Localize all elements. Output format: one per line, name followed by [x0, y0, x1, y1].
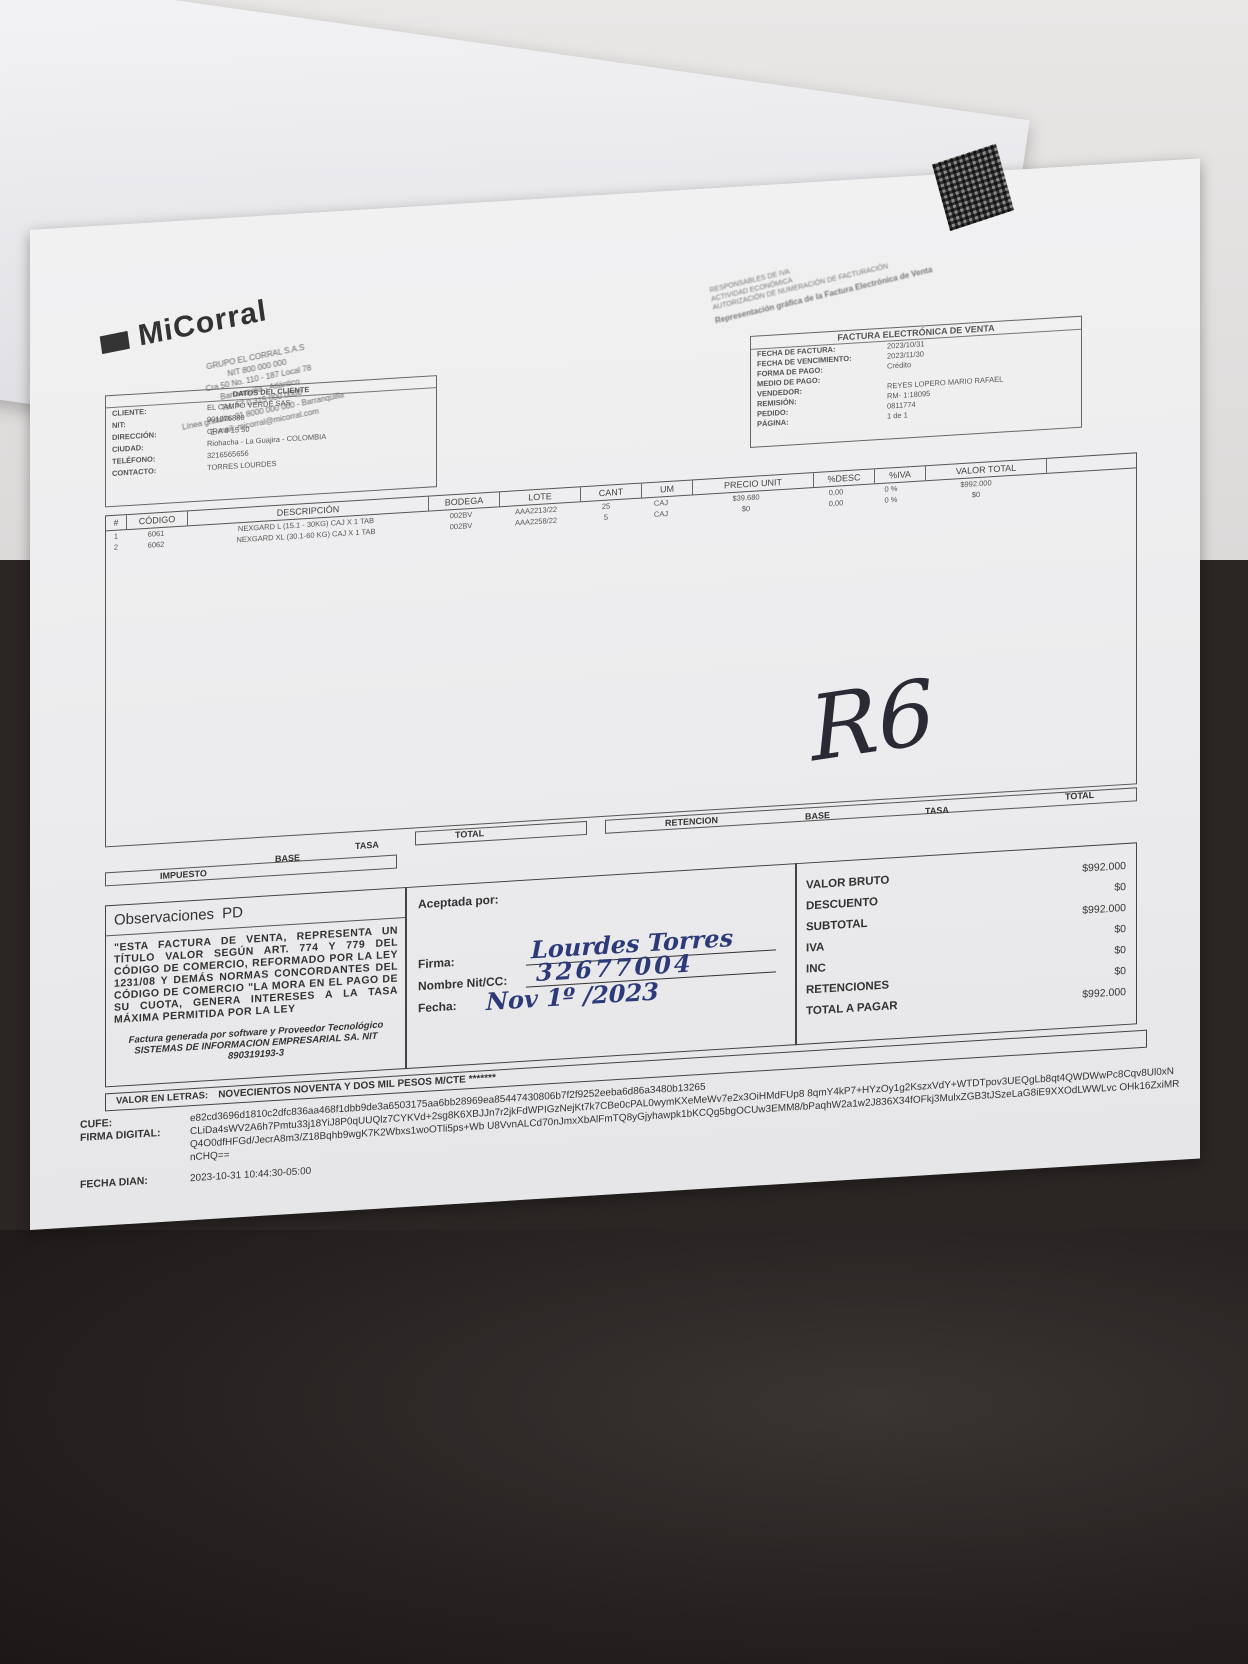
items-table: #CÓDIGODESCRIPCIÓNBODEGALOTECANTUMPRECIO… [105, 452, 1137, 847]
table-cell: 0,00 [806, 496, 866, 511]
total-value: $0 [1114, 919, 1126, 941]
accepted-by-label: Aceptada por: [418, 892, 499, 911]
table-cell: 2 [106, 541, 126, 553]
signature-label: Firma: [418, 955, 455, 971]
invoice-field-value: 1 de 1 [887, 410, 908, 421]
tax-total-label: TOTAL [455, 828, 484, 840]
dian-date-label: FECHA DIAN: [80, 1172, 190, 1192]
retention-base-label: BASE [805, 810, 830, 822]
total-label: INC [806, 958, 826, 980]
total-label: SUBTOTAL [806, 914, 868, 939]
totals-box: VALOR BRUTO$992.000DESCUENTO$0SUBTOTAL$9… [795, 842, 1137, 1045]
total-value: $0 [1114, 940, 1126, 962]
observations-heading: Observaciones [114, 906, 214, 929]
retention-tasa-label: TASA [925, 805, 949, 816]
company-logo: MiCorral [98, 294, 269, 361]
acceptance-box: Aceptada por: Firma: Lourdes Torres Nomb… [405, 863, 797, 1069]
observations-box: ObservacionesPD "ESTA FACTURA DE VENTA, … [105, 887, 407, 1087]
total-label: IVA [806, 937, 824, 959]
logo-icon [100, 331, 130, 354]
total-value: $0 [1114, 961, 1126, 983]
amount-words-label: VALOR EN LETRAS: [116, 1090, 208, 1107]
table-cell: 0 % [866, 493, 916, 507]
observations-code: PD [222, 904, 243, 922]
retention-total-label: TOTAL [1065, 790, 1094, 802]
invoice-header-box: FACTURA ELECTRÓNICA DE VENTA FECHA DE FA… [750, 316, 1082, 448]
total-value: $992.000 [1082, 856, 1126, 880]
column-header: # [106, 515, 127, 530]
invoice-field-value: Crédito [887, 360, 911, 371]
table-cell: 5 [576, 510, 636, 525]
date-value: Nov 1º /2023 [486, 977, 659, 1017]
legal-text: "ESTA FACTURA DE VENTA, REPRESENTA UN TÍ… [106, 918, 406, 1032]
tax-label-tasa: TASA [355, 840, 379, 851]
table-cell: CAJ [636, 507, 686, 521]
tax-box [105, 855, 397, 887]
handwritten-mark: R6 [806, 660, 940, 783]
invoice-sheet: MiCorral GRUPO EL CORRAL S.A.S NIT 800 0… [30, 158, 1200, 1230]
resolution-text: RESPONSABLES DE IVA ACTIVIDAD ECONÓMICA … [709, 212, 1031, 326]
date-label: Fecha: [418, 999, 457, 1015]
company-name: MiCorral [136, 294, 269, 352]
table-cell: 6062 [126, 537, 186, 552]
total-label: TOTAL A PAGAR [806, 996, 898, 1023]
total-value: $992.000 [1082, 982, 1126, 1006]
background-table [0, 1230, 1248, 1664]
digital-signature-label: FIRMA DIGITAL: [80, 1125, 190, 1171]
resolution-line: AUTORIZACIÓN DE NUMERACIÓN DE FACTURACIÓ… [712, 229, 1029, 313]
tax-label-base: BASE [275, 852, 300, 864]
total-value: $992.000 [1082, 898, 1126, 922]
client-box: DATOS DEL CLIENTE CLIENTE:EL CAMPO VERDE… [105, 375, 437, 507]
total-value: $0 [1114, 877, 1126, 899]
